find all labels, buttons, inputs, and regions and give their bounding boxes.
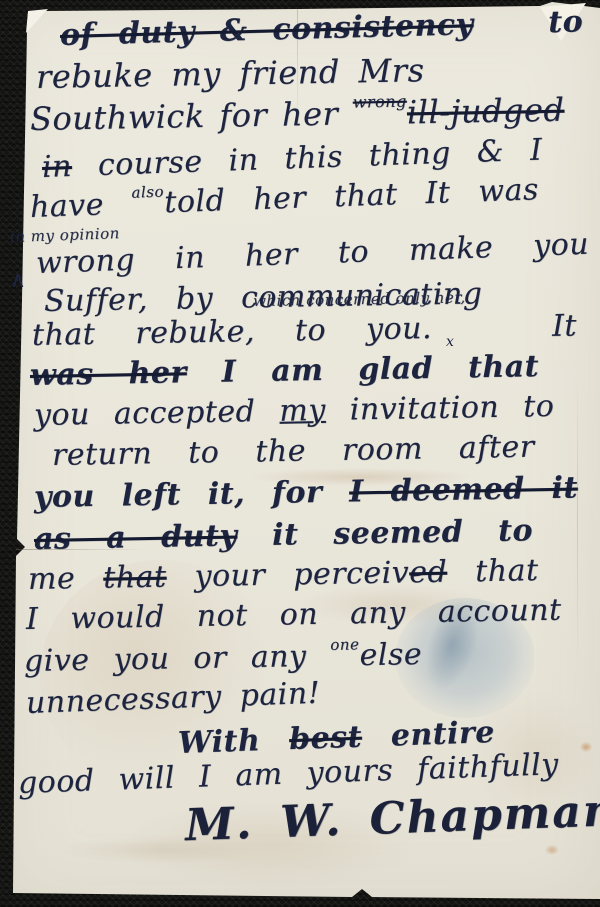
letter-text: rebuke my friend Mrs (36, 51, 425, 96)
letter-text: With (177, 722, 289, 761)
letter-text: you accepted (34, 394, 280, 433)
letter-line: return to the room after (52, 430, 535, 473)
struck-text: as a duty (34, 518, 238, 557)
letter-text: have (29, 186, 132, 225)
letter-text: to (473, 4, 584, 42)
struck-text: ed (409, 555, 448, 591)
letter-line: unnecessary pain! (25, 676, 320, 721)
letter-text: that (447, 553, 539, 590)
letter-text: also (131, 183, 164, 202)
letter-text: else (359, 637, 422, 673)
letter-text: which concerned only her, (253, 288, 466, 310)
struck-text: ill-judged (407, 91, 565, 132)
struck-text: wrong (353, 92, 407, 112)
letter-line: of duty & consistency to (60, 4, 584, 53)
letter-line: give you or any oneelse (24, 637, 423, 679)
letter-line: me that your perceived that (28, 553, 539, 597)
letter-text: return to the room after (52, 430, 535, 473)
letter-text: unnecessary pain! (25, 676, 320, 721)
letter-text-layer: M. W. Chapman . of duty & consistency to… (0, 0, 600, 907)
letter-text: entire (361, 715, 495, 755)
letter-line: as a duty it seemed to (34, 513, 534, 557)
letter-line: I would not on any account (26, 593, 562, 637)
letter-line: you left it, for I deemed it (34, 471, 578, 515)
letter-line: you accepted my invitation to (34, 389, 555, 433)
letter-text: you left it, for (34, 475, 350, 515)
letter-text: told her that It was (164, 172, 540, 220)
letter-text: my (279, 393, 326, 429)
letter-text: I am glad that (186, 349, 539, 390)
letter-text: your perceiv (166, 555, 409, 594)
letter-text: Southwick for her (30, 94, 354, 138)
struck-text: I deemed it (349, 471, 578, 510)
letter-line: rebuke my friend Mrs (36, 51, 425, 96)
signature: M. W. Chapman . (184, 784, 600, 852)
photo-background: M. W. Chapman . of duty & consistency to… (0, 0, 600, 907)
struck-text: of duty & consistency (60, 7, 474, 53)
inserted-annotation-line: which concerned only her, (253, 288, 466, 310)
struck-text: that (103, 560, 167, 596)
struck-text: in (41, 149, 72, 185)
caret-mark: ∧ (10, 268, 26, 293)
letter-text: give you or any (24, 639, 331, 679)
letter-text: it seemed to (237, 513, 533, 553)
letter-text: one (330, 635, 359, 654)
struck-text: was her (30, 355, 187, 393)
struck-text: best (289, 720, 363, 758)
letter-text: invitation to (325, 389, 554, 428)
letter-text: I would not on any account (26, 593, 562, 637)
x-mark: x (446, 334, 454, 350)
letter-text: me (28, 561, 104, 597)
letter-line: was her I am glad that (30, 349, 540, 393)
letter-line: Southwick for her wrongill-judged (30, 91, 565, 138)
